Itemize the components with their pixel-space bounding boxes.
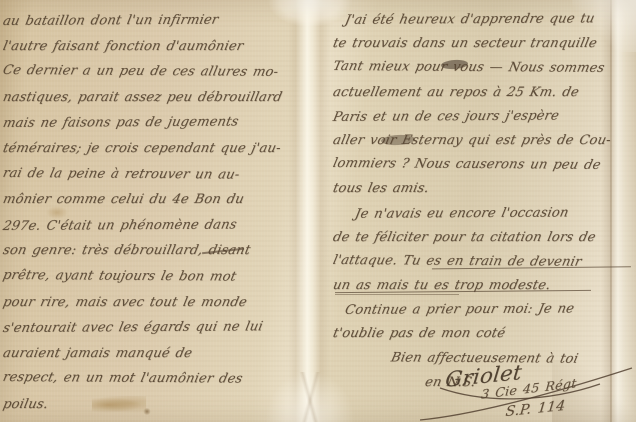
handwriting-line: tous les amis. — [333, 175, 633, 199]
handwriting-line: Paris et un de ces jours j'espère — [333, 102, 633, 128]
handwriting-text: lommiers ? Nous causerons un peu de — [330, 152, 603, 178]
handwriting-line: t'oublie pas de mon coté — [333, 320, 633, 344]
handwriting-text: son genre: très débrouillard, disant — [0, 238, 253, 264]
letter-page-right: J'ai été heureux d'apprendre que tu te t… — [333, 6, 633, 393]
handwriting-text: actuellement au repos à 25 Km. de — [330, 81, 581, 105]
handwriting-line: prêtre, ayant toujours le bon mot — [3, 261, 309, 289]
handwriting-text: t'oublie pas de mon coté — [330, 322, 507, 346]
signature-block: Griolet 3 Cie 45 Régt S.P. 114 — [420, 360, 634, 422]
handwriting-line: lommiers ? Nous causerons un peu de — [333, 150, 633, 176]
handwriting-line: Continue a prier pour moi: Je ne — [333, 295, 633, 321]
handwriting-line: Je n'avais eu encore l'occasion — [333, 199, 633, 225]
handwriting-text: pour rire, mais avec tout le monde — [0, 290, 249, 316]
handwriting-line: mais ne faisons pas de jugements — [3, 107, 309, 134]
handwriting-text: J'ai été heureux d'apprendre que tu — [343, 7, 597, 33]
handwriting-line: un as mais tu es trop modeste. — [333, 272, 633, 296]
handwriting-line: respect, en un mot l'aumônier des — [3, 363, 309, 391]
handwriting-line: 297e. C'était un phénomène dans — [3, 210, 309, 237]
handwriting-line: rai de la peine à retrouver un au- — [3, 158, 309, 186]
handwriting-line: l'autre faisant fonction d'aumônier — [3, 32, 309, 58]
handwriting-line: son genre: très débrouillard, disant — [3, 236, 309, 262]
handwriting-text: respect, en un mot l'aumônier des — [0, 365, 245, 392]
handwriting-line: mônier comme celui du 4e Bon du — [3, 185, 309, 211]
handwriting-text: Je n'avais eu encore l'occasion — [353, 201, 571, 227]
handwriting-line: J'ai été heureux d'apprendre que tu — [333, 5, 633, 31]
letter-scan: au bataillon dont l'un infirmier l'autre… — [0, 0, 636, 422]
handwriting-text: tous les amis. — [330, 177, 431, 201]
handwriting-text: prêtre, ayant toujours le bon mot — [0, 263, 239, 290]
handwriting-line: auraient jamais manqué de — [3, 339, 309, 365]
handwriting-text: s'entourait avec les égards qui ne lui — [0, 314, 265, 341]
handwriting-line: nastiques, parait assez peu débrouillard — [3, 83, 309, 109]
handwriting-line: téméraires; je crois cependant que j'au- — [3, 134, 309, 160]
handwriting-line: pour rire, mais avec tout le monde — [3, 288, 309, 314]
handwriting-text: Ce dernier a un peu de ces allures mo- — [0, 58, 281, 85]
handwriting-line: Ce dernier a un peu de ces allures mo- — [3, 56, 309, 84]
handwriting-text: mônier comme celui du 4e Bon du — [0, 187, 246, 213]
handwriting-line: l'attaque. Tu es en train de devenir — [333, 247, 633, 273]
handwriting-line: s'entourait avec les égards qui ne lui — [3, 312, 309, 339]
handwriting-text: rai de la peine à retrouver un au- — [0, 161, 242, 188]
handwriting-text: un as mais tu es trop modeste. — [330, 274, 552, 298]
handwriting-line: au bataillon dont l'un infirmier — [3, 5, 309, 32]
handwriting-text: Tant mieux pour vous — Nous sommes — [330, 55, 607, 81]
handwriting-line: aller voir Esternay qui est près de Cou- — [333, 127, 633, 151]
letter-page-left: au bataillon dont l'un infirmier l'autre… — [3, 6, 309, 416]
handwriting-line: de te féliciter pour ta citation lors de — [333, 224, 633, 248]
handwriting-text: poilus. — [0, 392, 50, 418]
handwriting-line: actuellement au repos à 25 Km. de — [333, 79, 633, 103]
handwriting-line: te trouvais dans un secteur tranquille — [333, 30, 633, 54]
handwriting-text: téméraires; je crois cependant que j'au- — [0, 136, 283, 162]
handwriting-text: mais ne faisons pas de jugements — [0, 110, 241, 137]
handwriting-text: l'attaque. Tu es en train de devenir — [330, 249, 584, 275]
handwriting-line: poilus. — [3, 390, 309, 416]
handwriting-text: 297e. C'était un phénomène dans — [0, 212, 239, 239]
handwriting-text: au bataillon dont l'un infirmier — [0, 8, 220, 35]
handwriting-line: Tant mieux pour vous — Nous sommes — [333, 53, 633, 79]
